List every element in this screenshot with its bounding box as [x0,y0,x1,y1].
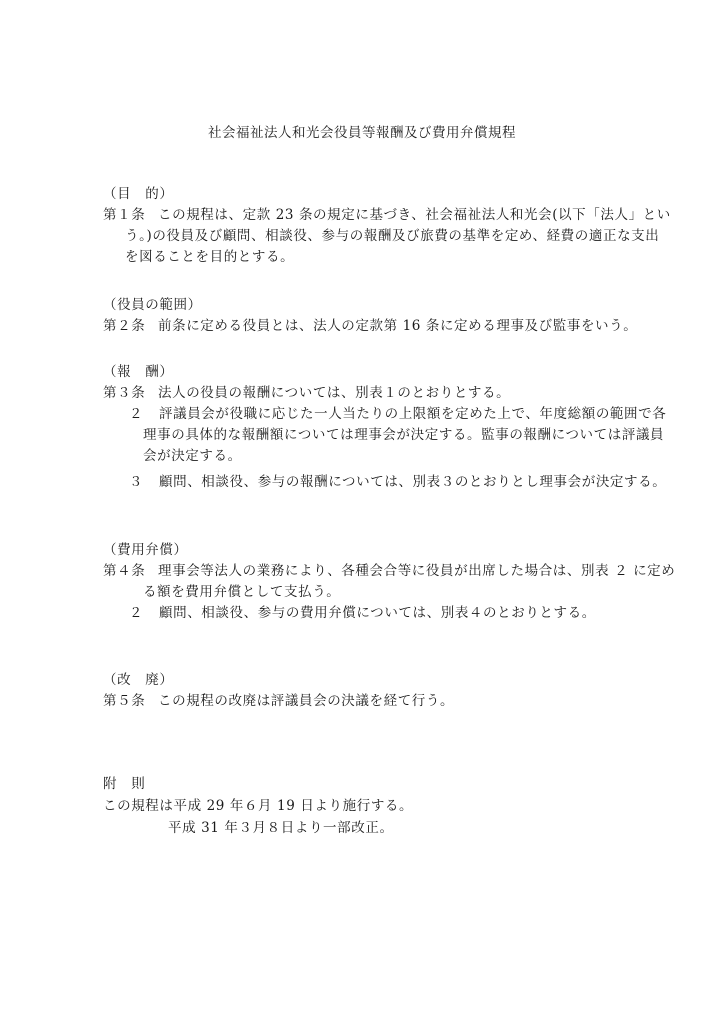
article-text: 前条に定める役員とは、法人の定款第 16 条に定める理事及び監事をいう。 [158,318,637,334]
article-1-line-2: う。)の役員及び顧問、相談役、参与の報酬及び旅費の基準を定め、経費の適正な支出 [125,226,659,246]
supplementary-enforcement: この規程は平成 29 年６月 19 日より施行する。 [103,796,413,816]
article-4-item-2-line-1: ２顧問、相談役、参与の費用弁償については、別表４のとおりとする。 [129,603,596,623]
section-heading-officer-scope: （役員の範囲） [103,295,202,315]
item-number: ２ [129,404,159,424]
article-3-item-2-line-3: 会が決定する。 [143,446,242,466]
document-title: 社会福祉法人和光会役員等報酬及び費用弁償規程 [0,121,724,141]
item-number: ２ [129,603,159,623]
item-text: 顧問、相談役、参与の費用弁償については、別表４のとおりとする。 [159,605,596,621]
section-heading-expense-reimbursement: （費用弁償） [103,540,188,560]
section-heading-purpose: （目 的） [103,184,174,204]
article-text: この規程は、定款 23 条の規定に基づき、社会福祉法人和光会(以下「法人」とい [158,207,671,223]
article-3-line-1: 第３条法人の役員の報酬については、別表１のとおりとする。 [103,383,510,403]
article-3-item-3-line-1: ３顧問、相談役、参与の報酬については、別表３のとおりとし理事会が決定する。 [129,472,666,492]
article-4-line-2: る額を費用弁償として支払う。 [143,582,340,602]
item-text: 評議員会が役職に応じた一人当たりの上限額を定めた上で、年度総額の範囲で各 [159,406,666,422]
article-3-item-2-line-2: 理事の具体的な報酬額については理事会が決定する。監事の報酬については評議員 [143,425,664,445]
article-label: 第５条 [103,691,158,711]
article-label: 第４条 [103,561,158,581]
item-text: 顧問、相談役、参与の報酬については、別表３のとおりとし理事会が決定する。 [159,474,666,490]
article-text: 法人の役員の報酬については、別表１のとおりとする。 [158,385,510,401]
article-4-line-1: 第４条理事会等法人の業務により、各種会合等に役員が出席した場合は、別表 ２ に定… [103,561,675,581]
article-label: 第３条 [103,383,158,403]
article-5-line-1: 第５条この規程の改廃は評議員会の決議を経て行う。 [103,691,454,711]
article-1-line-3: を図ることを目的とする。 [125,247,294,267]
section-heading-amendment: （改 廃） [103,670,174,690]
article-1-line-1: 第１条この規程は、定款 23 条の規定に基づき、社会福祉法人和光会(以下「法人」… [103,205,671,225]
article-text: この規程の改廃は評議員会の決議を経て行う。 [158,693,454,709]
article-3-item-2-line-1: ２評議員会が役職に応じた一人当たりの上限額を定めた上で、年度総額の範囲で各 [129,404,666,424]
item-number: ３ [129,472,159,492]
section-heading-remuneration: （報 酬） [103,362,174,382]
supplementary-amendment: 平成 31 年３月８日より一部改正。 [168,818,394,838]
article-2-line-1: 第２条前条に定める役員とは、法人の定款第 16 条に定める理事及び監事をいう。 [103,316,637,336]
supplementary-heading: 附 則 [103,774,145,794]
article-text: 理事会等法人の業務により、各種会合等に役員が出席した場合は、別表 ２ に定め [158,563,675,579]
article-label: 第２条 [103,316,158,336]
document-page: 社会福祉法人和光会役員等報酬及び費用弁償規程 （目 的） 第１条この規程は、定款… [0,0,724,1024]
article-label: 第１条 [103,205,158,225]
